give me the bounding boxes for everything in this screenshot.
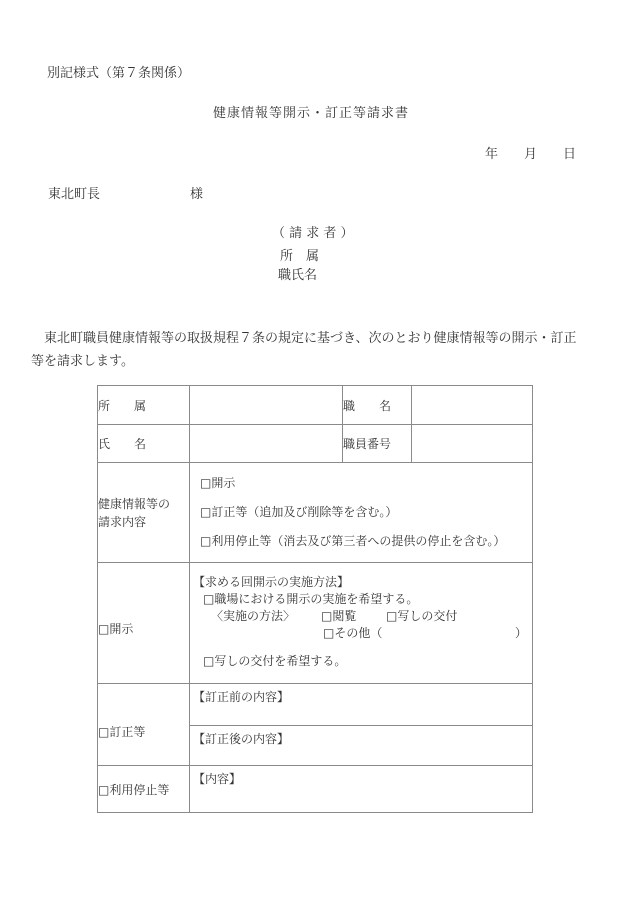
position-value-cell <box>412 386 533 425</box>
request-form-table: 所 属 職 名 氏 名 職員番号 健康情報等の 請求内容 □開示 □訂正等（追加… <box>97 385 533 813</box>
document-page: 別記様式（第７条関係） 健康情報等開示・訂正等請求書 年 月 日 東北町長 様 … <box>0 0 630 903</box>
method-label: 〈実施の方法〉 <box>211 608 295 624</box>
position-label-cell: 職 名 <box>343 386 412 425</box>
requester-affiliation-label: 所 属 <box>280 250 319 263</box>
table-row: 健康情報等の 請求内容 □開示 □訂正等（追加及び削除等を含む。） □利用停止等… <box>98 463 533 563</box>
table-row: □開示 【求める回開示の実施方法】 □職場における開示の実施を希望する。 〈実施… <box>98 563 533 684</box>
requester-name-label: 職氏名 <box>278 269 317 282</box>
disclosure-label-cell: □開示 <box>98 563 190 684</box>
correction-before-heading: 【訂正前の内容】 <box>193 690 532 704</box>
affiliation-label-cell: 所 属 <box>98 386 190 425</box>
addressee: 東北町長 <box>48 188 100 201</box>
suspension-label-cell: □利用停止等 <box>98 766 190 813</box>
disclosure-method-row: 〈実施の方法〉 □閲覧 □写しの交付 <box>193 608 532 624</box>
correction-before-cell: 【訂正前の内容】 <box>190 684 533 726</box>
checkbox-correction-option: □訂正等（追加及び削除等を含む。） <box>200 498 532 527</box>
checkbox-workplace-disclosure: □職場における開示の実施を希望する。 <box>203 591 532 607</box>
checkbox-view: □閲覧 <box>321 608 356 624</box>
disclosure-other-row: □その他（ ） <box>193 625 532 641</box>
form-reference: 別記様式（第７条関係） <box>47 67 190 80</box>
addressee-honorific: 様 <box>190 188 203 201</box>
other-close-paren: ） <box>515 625 527 641</box>
checkbox-copy-request: □写しの交付を希望する。 <box>203 653 532 669</box>
spacer <box>193 641 532 653</box>
body-line2: 等を請求します。 <box>31 350 576 373</box>
request-content-options-cell: □開示 □訂正等（追加及び削除等を含む。） □利用停止等（消去及び第三者への提供… <box>190 463 533 563</box>
correction-after-heading: 【訂正後の内容】 <box>193 732 532 746</box>
requester-heading: （ 請 求 者 ） <box>272 227 354 240</box>
request-content-label-cell: 健康情報等の 請求内容 <box>98 463 190 563</box>
checkbox-disclosure-option: □開示 <box>200 469 532 498</box>
request-content-label-line2: 請求内容 <box>98 513 189 531</box>
name-value-cell <box>190 425 343 463</box>
request-content-label-line1: 健康情報等の <box>98 495 189 513</box>
employee-number-label-cell: 職員番号 <box>343 425 412 463</box>
date-line: 年 月 日 <box>485 148 576 161</box>
checkbox-other-open: □その他（ <box>323 625 382 641</box>
table-row: 氏 名 職員番号 <box>98 425 533 463</box>
table-row: □訂正等 【訂正前の内容】 <box>98 684 533 726</box>
table-row: 所 属 職 名 <box>98 386 533 425</box>
checkbox-copy: □写しの交付 <box>386 608 457 624</box>
correction-after-cell: 【訂正後の内容】 <box>190 726 533 766</box>
body-paragraph: 東北町職員健康情報等の取扱規程７条の規定に基づき、次のとおり健康情報等の開示・訂… <box>31 327 576 373</box>
correction-label-cell: □訂正等 <box>98 684 190 766</box>
suspension-content-cell: 【内容】 <box>190 766 533 813</box>
suspension-content-heading: 【内容】 <box>193 772 532 786</box>
employee-number-value-cell <box>412 425 533 463</box>
name-label-cell: 氏 名 <box>98 425 190 463</box>
checkbox-suspension-option: □利用停止等（消去及び第三者への提供の停止を含む。） <box>200 527 532 556</box>
table-row: □利用停止等 【内容】 <box>98 766 533 813</box>
affiliation-value-cell <box>190 386 343 425</box>
disclosure-detail-cell: 【求める回開示の実施方法】 □職場における開示の実施を希望する。 〈実施の方法〉… <box>190 563 533 684</box>
document-title: 健康情報等開示・訂正等請求書 <box>213 107 409 120</box>
body-line1: 東北町職員健康情報等の取扱規程７条の規定に基づき、次のとおり健康情報等の開示・訂… <box>31 327 576 350</box>
disclosure-method-heading: 【求める回開示の実施方法】 <box>193 574 532 590</box>
